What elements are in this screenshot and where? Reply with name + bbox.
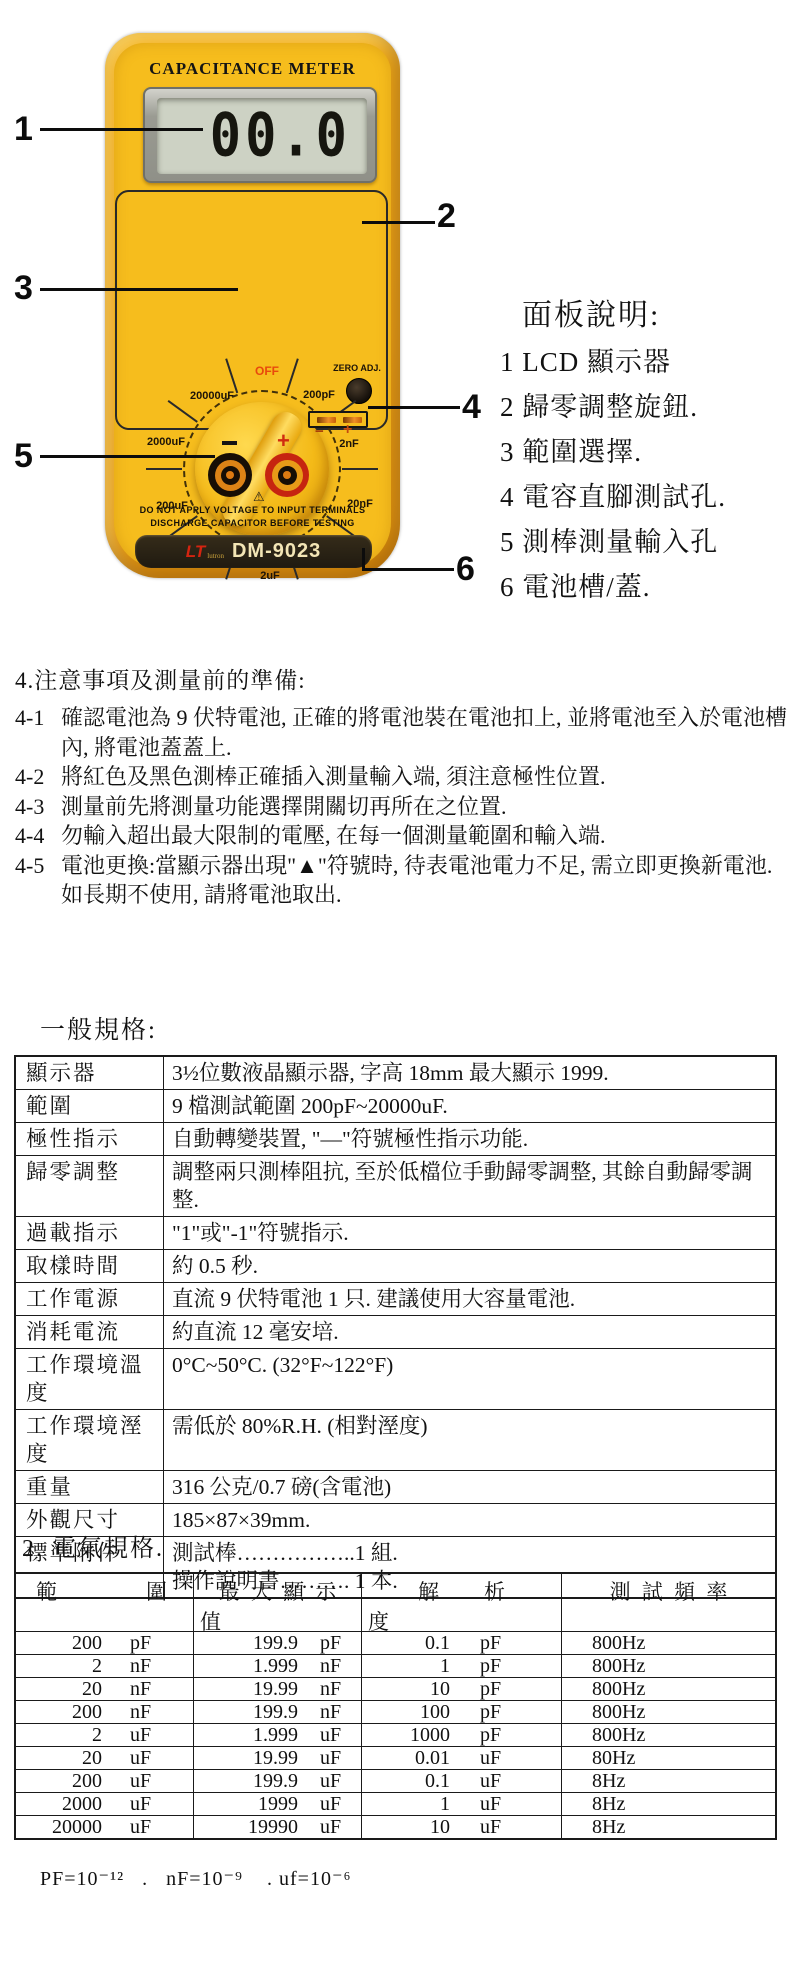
slot-plus-label: + <box>343 421 352 439</box>
header-resolution: 解 析 度 <box>362 1574 562 1631</box>
unit-footnote: PF=10⁻¹² . nF=10⁻⁹ . uf=10⁻⁶ <box>40 1866 351 1891</box>
dial-range-label: 2nF <box>339 438 359 450</box>
range-cell: 200 uF <box>16 1770 194 1792</box>
general-specs-row: 取樣時間 約 0.5 秒. <box>16 1249 775 1282</box>
frequency-cell: 800Hz <box>562 1724 775 1746</box>
panel-description-item: 5 測棒測量輸入孔 <box>500 520 795 565</box>
general-specs-title: 一般規格: <box>40 1010 777 1046</box>
resolution-cell: 1 pF <box>362 1655 562 1677</box>
callout-number-2: 2 <box>437 199 456 233</box>
max-display-cell: 1.999 nF <box>194 1655 362 1677</box>
frequency-cell: 800Hz <box>562 1678 775 1700</box>
dial-area-outline: OFF ZERO ADJ. 200pF 2nF 20nF 200nF 2uF 2… <box>115 190 388 430</box>
resolution-cell: 10 uF <box>362 1816 562 1838</box>
max-display-cell: 19.99 nF <box>194 1678 362 1700</box>
spec-value: 3½位數液晶顯示器, 字高 18mm 最大顯示 1999. <box>164 1057 775 1089</box>
general-specs-row: 範圍 9 檔測試範圍 200pF~20000uF. <box>16 1089 775 1122</box>
general-specs-row: 工作環境溫度 0°C~50°C. (32°F~122°F) <box>16 1348 775 1409</box>
slot-minus-label: − <box>315 423 324 440</box>
dial-range-label: 20000uF <box>190 390 234 402</box>
frequency-cell: 80Hz <box>562 1747 775 1769</box>
resolution-cell: 1000 pF <box>362 1724 562 1746</box>
max-display-cell: 199.9 uF <box>194 1770 362 1792</box>
range-cell: 200 pF <box>16 1632 194 1654</box>
range-cell: 2 nF <box>16 1655 194 1677</box>
electrical-specs-title: 2. 電氣規格. <box>22 1528 777 1563</box>
electrical-specs-row: 2 uF 1.999 uF 1000 pF 800Hz <box>16 1723 775 1746</box>
callout-number-1: 1 <box>14 112 33 146</box>
meter-title: CAPACITANCE METER <box>105 59 400 79</box>
spec-name: 範圍 <box>16 1090 164 1122</box>
warning-text-line1: DO NOT APPLY VOLTAGE TO INPUT TERMINALS <box>105 505 400 515</box>
frequency-cell: 8Hz <box>562 1793 775 1815</box>
dial-divider <box>286 358 299 393</box>
note-item: 4-3 測量前先將測量功能選擇開關切再所在之位置. <box>15 792 787 822</box>
resolution-cell: 1 uF <box>362 1793 562 1815</box>
resolution-cell: 0.01 uF <box>362 1747 562 1769</box>
spec-name: 歸零調整 <box>16 1156 164 1216</box>
note-label: 4-3 <box>15 792 61 822</box>
resolution-cell: 10 pF <box>362 1678 562 1700</box>
capacitance-meter-illustration: CAPACITANCE METER 00.0 OFF ZERO ADJ. <box>105 33 400 578</box>
dial-divider <box>168 400 198 423</box>
notes-list: 4-1 確認電池為 9 伏特電池, 正確的將電池裝在電池扣上, 並將電池至入於電… <box>15 703 787 910</box>
jack-plus-label: + <box>277 428 290 454</box>
panel-description-item: 2 歸零調整旋鈕. <box>500 385 795 430</box>
zero-adjust-knob <box>346 378 372 404</box>
note-label: 4-4 <box>15 821 61 851</box>
spec-value: 調整兩只測棒阻抗, 至於低檔位手動歸零調整, 其餘自動歸零調整. <box>164 1156 775 1216</box>
jack-minus-label <box>222 441 237 445</box>
spec-value: 9 檔測試範圍 200pF~20000uF. <box>164 1090 775 1122</box>
max-display-cell: 19.99 uF <box>194 1747 362 1769</box>
electrical-specs-rows: 200 pF 199.9 pF 0.1 pF 800Hz 2 nF 1.999 … <box>16 1631 775 1838</box>
general-specs-row: 工作電源 直流 9 伏特電池 1 只. 建議使用大容量電池. <box>16 1282 775 1315</box>
general-specs-row: 重量 316 公克/0.7 磅(含電池) <box>16 1470 775 1503</box>
zero-adjust-label: ZERO ADJ. <box>333 363 381 373</box>
general-specs-row: 工作環境溼度 需低於 80%R.H. (相對溼度) <box>16 1409 775 1470</box>
general-specs-row: 過載指示 "1"或"-1"符號指示. <box>16 1216 775 1249</box>
lutron-logo-text: lutron <box>207 552 224 560</box>
spec-name: 工作電源 <box>16 1283 164 1315</box>
note-label: 4-2 <box>15 762 61 792</box>
note-text: 電池更換:當顯示器出現"▲"符號時, 待表電池電力不足, 需立即更換新電池. 如… <box>61 851 787 910</box>
frequency-cell: 800Hz <box>562 1632 775 1654</box>
dial-range-label: 2000uF <box>147 436 185 448</box>
lutron-logo: LT <box>186 542 206 562</box>
note-item: 4-4 勿輸入超出最大限制的電壓, 在每一個測量範圍和輸入端. <box>15 821 787 851</box>
spec-name: 工作環境溫度 <box>16 1349 164 1409</box>
electrical-specs-row: 20000 uF 19990 uF 10 uF 8Hz <box>16 1815 775 1838</box>
resolution-cell: 0.1 uF <box>362 1770 562 1792</box>
panel-description-item: 3 範圍選擇. <box>500 430 795 475</box>
callout-line-6-vertical <box>362 548 365 571</box>
panel-description-item: 4 電容直腳測試孔. <box>500 475 795 520</box>
max-display-cell: 199.9 pF <box>194 1632 362 1654</box>
resolution-cell: 100 pF <box>362 1701 562 1723</box>
resolution-cell: 0.1 pF <box>362 1632 562 1654</box>
range-cell: 2000 uF <box>16 1793 194 1815</box>
callout-number-6: 6 <box>456 552 475 586</box>
spec-name: 消耗電流 <box>16 1316 164 1348</box>
callout-line-2 <box>362 221 435 224</box>
spec-name: 取樣時間 <box>16 1250 164 1282</box>
note-item: 4-5 電池更換:當顯示器出現"▲"符號時, 待表電池電力不足, 需立即更換新電… <box>15 851 787 910</box>
general-specs-row: 極性指示 自動轉變裝置, "—"符號極性指示功能. <box>16 1122 775 1155</box>
header-range: 範 圍 <box>16 1574 194 1631</box>
panel-description-title: 面板說明: <box>522 290 795 334</box>
panel-description-list: 1 LCD 顯示器 2 歸零調整旋鈕. 3 範圍選擇. 4 電容直腳測試孔. 5… <box>500 340 795 610</box>
dial-divider <box>342 468 378 470</box>
note-label: 4-1 <box>15 703 61 762</box>
warning-icon: ⚠ <box>253 489 265 505</box>
callout-line-1 <box>40 128 203 131</box>
electrical-specs-section: 2. 電氣規格. 範 圍 最 大 顯 示 值 解 析 度 <box>14 1528 777 1840</box>
electrical-specs-row: 2 nF 1.999 nF 1 pF 800Hz <box>16 1654 775 1677</box>
electrical-specs-row: 20 uF 19.99 uF 0.01 uF 80Hz <box>16 1746 775 1769</box>
panel-description-item: 6 電池槽/蓋. <box>500 565 795 610</box>
range-cell: 20 uF <box>16 1747 194 1769</box>
spec-value: 約直流 12 毫安培. <box>164 1316 775 1348</box>
max-display-cell: 19990 uF <box>194 1816 362 1838</box>
dial-off-label: OFF <box>255 364 279 378</box>
electrical-specs-row: 20 nF 19.99 nF 10 pF 800Hz <box>16 1677 775 1700</box>
general-specs-section: 一般規格: 顯示器 3½位數液晶顯示器, 字高 18mm 最大顯示 1999. … <box>14 1010 777 1599</box>
spec-value: 0°C~50°C. (32°F~122°F) <box>164 1349 775 1409</box>
frequency-cell: 8Hz <box>562 1816 775 1838</box>
range-cell: 200 nF <box>16 1701 194 1723</box>
spec-name: 重量 <box>16 1471 164 1503</box>
lcd-reading: 00.0 <box>210 102 351 171</box>
callout-number-4: 4 <box>462 390 481 424</box>
dial-divider <box>225 358 238 393</box>
general-specs-row: 顯示器 3½位數液晶顯示器, 字高 18mm 最大顯示 1999. <box>16 1057 775 1089</box>
note-text: 勿輸入超出最大限制的電壓, 在每一個測量範圍和輸入端. <box>61 821 787 851</box>
callout-line-6 <box>362 568 454 571</box>
brand-band: LT lutron DM-9023 <box>135 535 372 568</box>
frequency-cell: 800Hz <box>562 1655 775 1677</box>
spec-name: 顯示器 <box>16 1057 164 1089</box>
callout-number-5: 5 <box>14 439 33 473</box>
electrical-specs-row: 200 pF 199.9 pF 0.1 pF 800Hz <box>16 1631 775 1654</box>
header-max-display: 最 大 顯 示 值 <box>194 1574 362 1631</box>
note-item: 4-2 將紅色及黑色測棒正確插入測量輸入端, 須注意極性位置. <box>15 762 787 792</box>
spec-name: 工作環境溼度 <box>16 1410 164 1470</box>
spec-value: 需低於 80%R.H. (相對溼度) <box>164 1410 775 1470</box>
max-display-cell: 199.9 nF <box>194 1701 362 1723</box>
general-specs-row: 歸零調整 調整兩只測棒阻抗, 至於低檔位手動歸零調整, 其餘自動歸零調整. <box>16 1155 775 1216</box>
manual-page: CAPACITANCE METER 00.0 OFF ZERO ADJ. <box>0 0 798 1968</box>
spec-value: 直流 9 伏特電池 1 只. 建議使用大容量電池. <box>164 1283 775 1315</box>
model-number: DM-9023 <box>232 540 321 563</box>
notes-section: 4.注意事項及測量前的準備: 4-1 確認電池為 9 伏特電池, 正確的將電池裝… <box>15 662 787 910</box>
frequency-cell: 8Hz <box>562 1770 775 1792</box>
range-cell: 2 uF <box>16 1724 194 1746</box>
notes-title: 4.注意事項及測量前的準備: <box>15 662 787 695</box>
dial-divider <box>146 468 182 470</box>
spec-value: 約 0.5 秒. <box>164 1250 775 1282</box>
spec-name: 過載指示 <box>16 1217 164 1249</box>
range-cell: 20 nF <box>16 1678 194 1700</box>
spec-value: 316 公克/0.7 磅(含電池) <box>164 1471 775 1503</box>
panel-description-item: 1 LCD 顯示器 <box>500 340 795 385</box>
callout-line-3 <box>40 288 238 291</box>
input-jack-positive <box>265 453 309 497</box>
callout-number-3: 3 <box>14 271 33 305</box>
electrical-specs-table: 範 圍 最 大 顯 示 值 解 析 度 測 試 頻 率 200 <box>14 1572 777 1840</box>
callout-line-4 <box>368 406 460 409</box>
spec-name: 極性指示 <box>16 1123 164 1155</box>
electrical-specs-header: 範 圍 最 大 顯 示 值 解 析 度 測 試 頻 率 <box>16 1574 775 1631</box>
electrical-specs-row: 200 nF 199.9 nF 100 pF 800Hz <box>16 1700 775 1723</box>
note-text: 測量前先將測量功能選擇開關切再所在之位置. <box>61 792 787 822</box>
max-display-cell: 1.999 uF <box>194 1724 362 1746</box>
panel-description: 面板說明: 1 LCD 顯示器 2 歸零調整旋鈕. 3 範圍選擇. 4 電容直腳… <box>500 290 795 610</box>
spec-value: 自動轉變裝置, "—"符號極性指示功能. <box>164 1123 775 1155</box>
note-text: 將紅色及黑色測棒正確插入測量輸入端, 須注意極性位置. <box>61 762 787 792</box>
general-specs-row: 消耗電流 約直流 12 毫安培. <box>16 1315 775 1348</box>
electrical-specs-row: 200 uF 199.9 uF 0.1 uF 8Hz <box>16 1769 775 1792</box>
note-text: 確認電池為 9 伏特電池, 正確的將電池裝在電池扣上, 並將電池至入於電池槽內,… <box>61 703 787 762</box>
header-test-frequency: 測 試 頻 率 <box>562 1574 775 1631</box>
electrical-specs-row: 2000 uF 1999 uF 1 uF 8Hz <box>16 1792 775 1815</box>
frequency-cell: 800Hz <box>562 1701 775 1723</box>
note-label: 4-5 <box>15 851 61 910</box>
max-display-cell: 1999 uF <box>194 1793 362 1815</box>
lcd-display: 00.0 <box>157 98 367 174</box>
callout-line-5 <box>40 455 215 458</box>
spec-value: "1"或"-1"符號指示. <box>164 1217 775 1249</box>
dial-range-label: 2uF <box>260 570 280 582</box>
range-cell: 20000 uF <box>16 1816 194 1838</box>
general-specs-table: 顯示器 3½位數液晶顯示器, 字高 18mm 最大顯示 1999. 範圍 9 檔… <box>14 1055 777 1599</box>
lcd-bezel: 00.0 <box>143 87 377 183</box>
dial-range-label: 200pF <box>303 389 335 401</box>
warning-text-line2: DISCHARGE CAPACITOR BEFORE TESTING <box>105 518 400 528</box>
note-item: 4-1 確認電池為 9 伏特電池, 正確的將電池裝在電池扣上, 並將電池至入於電… <box>15 703 787 762</box>
input-jack-negative <box>208 453 252 497</box>
